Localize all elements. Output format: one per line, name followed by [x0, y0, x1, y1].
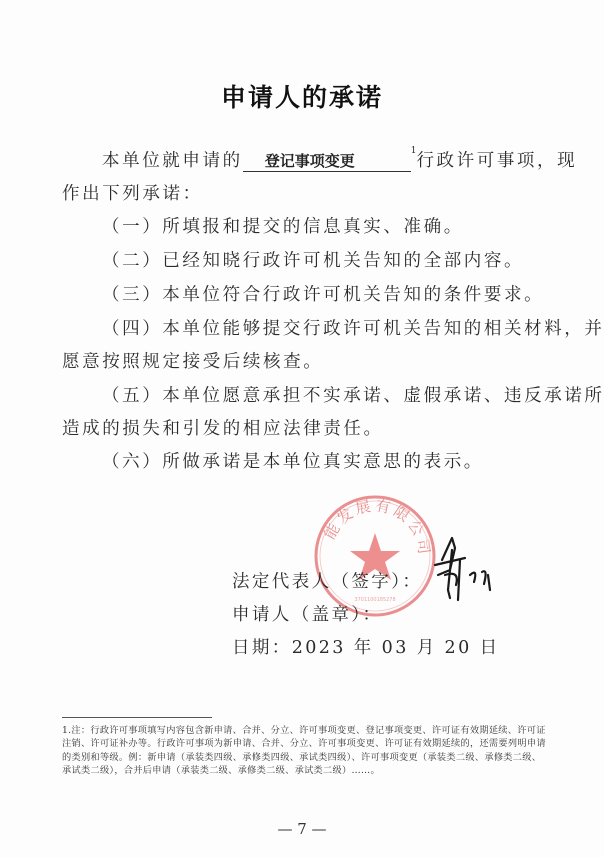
applicant-seal-label: 申请人（盖章）：: [232, 601, 382, 626]
filled-item-field: 登记事项变更: [243, 150, 411, 172]
commitment-item-3: （三）本单位符合行政许可机关告知的条件要求。: [102, 281, 544, 306]
commitment-item-5: （五）本单位愿意承担不实承诺、虚假承诺、违反承诺所: [102, 382, 604, 407]
footnote-ref: 1: [411, 146, 417, 156]
commitment-item-4-cont: 愿意按照规定接受后续核查。: [62, 348, 323, 373]
commitment-item-5-cont: 造成的损失和引发的相应法律责任。: [62, 415, 384, 440]
commitment-item-1: （一）所填报和提交的信息真实、准确。: [102, 213, 464, 238]
footnote-divider: [62, 717, 212, 718]
legal-rep-signature-label: 法定代表人（签字）：: [232, 568, 422, 593]
handwritten-signature: [430, 520, 500, 610]
intro-prefix: 本单位就申请的: [102, 151, 243, 171]
commitment-item-6: （六）所做承诺是本单位真实意思的表示。: [102, 448, 484, 473]
intro-continuation: 作出下列承诺：: [62, 180, 203, 205]
footnote-text: 1.注：行政许可事项填写内容包含新申请、合并、分立、许可事项变更、登记事项变更、…: [62, 724, 547, 778]
page-title: 申请人的承诺: [0, 78, 604, 114]
intro-suffix: 行政许可事项，现: [416, 151, 577, 171]
commitment-item-4: （四）本单位能够提交行政许可机关告知的相关材料，并: [102, 315, 604, 340]
page-number: — 7 —: [0, 820, 604, 838]
commitment-item-2: （二）已经知晓行政许可机关告知的全部内容。: [102, 247, 524, 272]
date-line: 日期：2023 年 03 月 20 日: [232, 634, 500, 659]
intro-line: 本单位就申请的登记事项变更1行政许可事项，现: [102, 147, 577, 172]
